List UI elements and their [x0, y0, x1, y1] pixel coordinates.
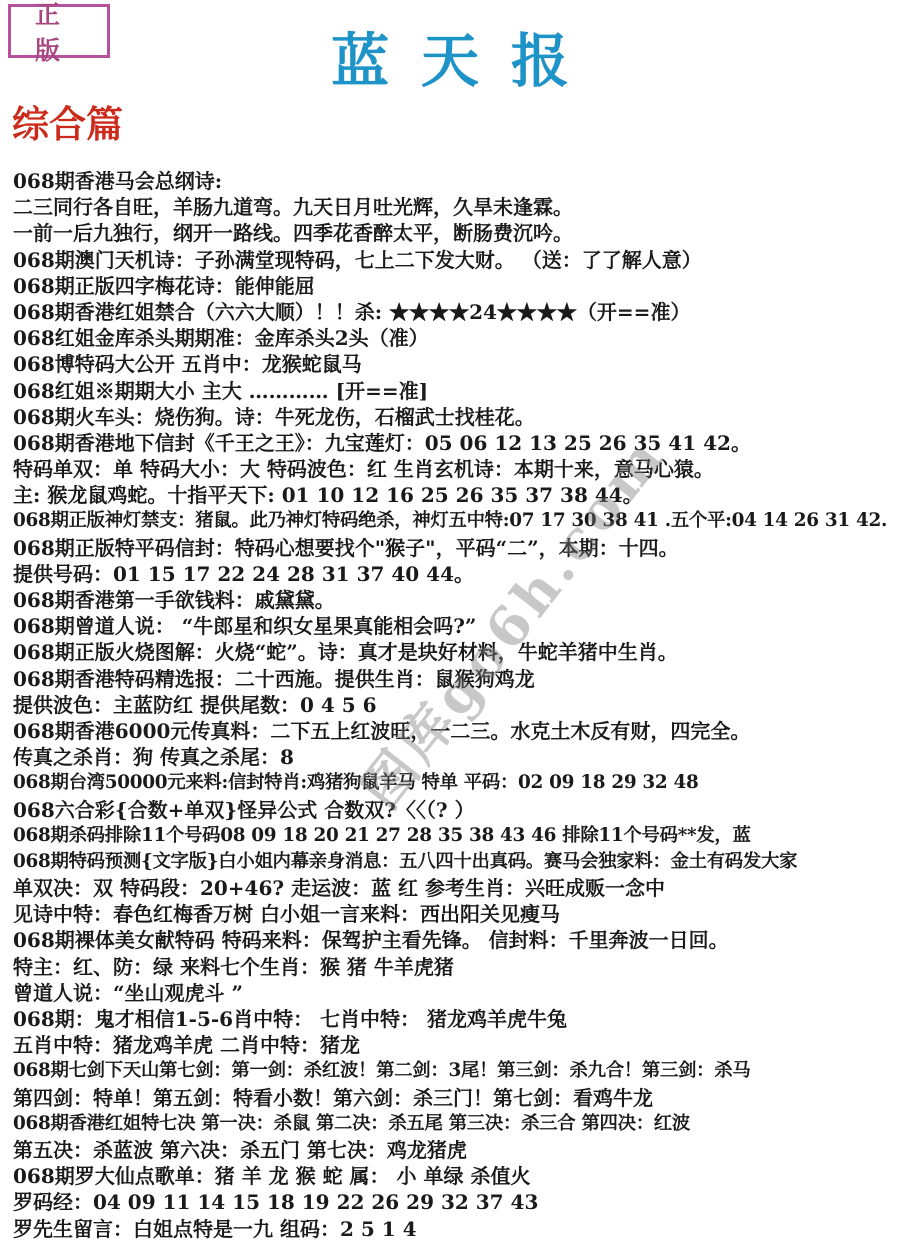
text-line: 见诗中特：春色红梅香万树 白小姐一言来料：西出阳关见瘦马 [13, 901, 897, 927]
text-line: 特码单双：单 特码大小：大 特码波色：红 生肖玄机诗：本期十来，意马心猿。 [13, 456, 897, 482]
text-line: 068期香港地下信封《千王之王》：九宝莲灯：05 06 12 13 25 26 … [13, 430, 897, 456]
text-line: 068期：鬼才相信1-5-6肖中特： 七肖中特： 猪龙鸡羊虎牛兔 [13, 1006, 897, 1032]
text-line: 068期正版特平码信封：特码心想要找个"猴子"，平码“二”，本期：十四。 [13, 535, 897, 561]
text-line: 068博特码大公开 五肖中：龙猴蛇鼠马 [13, 351, 897, 377]
text-line: 068六合彩{合数+单双}怪异公式 合数双?〈〈（? ） [13, 797, 897, 823]
text-line: 068期正版四字梅花诗：能伸能屈 [13, 273, 897, 299]
text-line: 068期香港马会总纲诗: [13, 168, 897, 194]
text-line: 068期香港红姐禁合（六六大顺）！！杀: ★★★★24★★★★（开==准） [13, 299, 897, 325]
page-title: 蓝天报 [0, 14, 900, 98]
text-line: 068红姐金库杀头期期准：金库杀头2头（准） [13, 325, 897, 351]
text-line: 传真之杀肖：狗 传真之杀尾：8 [13, 744, 897, 770]
section-heading: 综合篇 [12, 94, 123, 148]
text-line: 068期裸体美女献特码 特码来料：保驾护主看先锋。 信封料：千里奔波一日回。 [13, 927, 897, 953]
text-line: 一前一后九独行，纲开一路线。四季花香醉太平，断肠费沉吟。 [13, 220, 897, 246]
text-line: 单双决：双 特码段：20+46? 走运波：蓝 红 参考生肖：兴旺成贩一念中 [13, 875, 897, 901]
text-line: 068期台湾50000元来料:信封特肖:鸡猪狗鼠羊马 特单 平码：02 09 1… [13, 770, 897, 796]
text-line: 068期澳门天机诗：子孙满堂现特码，七上二下发大财。 （送：了了解人意） [13, 247, 897, 273]
page-container: { "badge": { "label": "正版", "border_colo… [0, 0, 900, 1243]
text-line: 068期七剑下天山第七剑：第一剑：杀红波！第二剑：3尾！第三剑：杀九合！第三剑：… [13, 1058, 897, 1084]
content-lines: 068期香港马会总纲诗:二三同行各自旺，羊肠九道弯。九天日月吐光辉，久旱未逢霖。… [13, 168, 897, 1242]
text-line: 罗码经：04 09 11 14 15 18 19 22 26 29 32 37 … [13, 1189, 897, 1215]
text-line: 曾道人说：“坐山观虎斗 ” [13, 980, 897, 1006]
text-line: 068期香港第一手欲钱料：戚黛黛。 [13, 587, 897, 613]
text-line: 主: 猴龙鼠鸡蛇。十指平天下: 01 10 12 16 25 26 35 37 … [13, 482, 897, 508]
text-line: 068期正版火烧图解：火烧“蛇”。诗：真才是块好材料，牛蛇羊猪中生肖。 [13, 639, 897, 665]
text-line: 068期正版神灯禁支：猪鼠。此乃神灯特码绝杀，神灯五中特:07 17 30 38… [13, 508, 897, 534]
text-line: 068期曾道人说： “牛郎星和织女星果真能相会吗?” [13, 613, 897, 639]
text-line: 五肖中特：猪龙鸡羊虎 二肖中特：猪龙 [13, 1032, 897, 1058]
text-line: 068红姐※期期大小 主大 ………… [开==准] [13, 378, 897, 404]
text-line: 罗先生留言：白姐点特是一九 组码：2 5 1 4 [13, 1216, 897, 1242]
text-line: 提供号码：01 15 17 22 24 28 31 37 40 44。 [13, 561, 897, 587]
text-line: 068期香港红姐特七决 第一决：杀鼠 第二决：杀五尾 第三决：杀三合 第四决：红… [13, 1111, 897, 1137]
text-line: 二三同行各自旺，羊肠九道弯。九天日月吐光辉，久旱未逢霖。 [13, 194, 897, 220]
text-line: 第四剑：特单！第五剑：特看小数！第六剑：杀三门！第七剑：看鸡牛龙 [13, 1085, 897, 1111]
text-line: 068期特码预测{文字版}白小姐内幕亲身消息：五八四十出真码。赛马会独家料：金土… [13, 849, 897, 875]
text-line: 068期香港6000元传真料：二下五上红波旺，一二三。水克土木反有财，四完全。 [13, 718, 897, 744]
text-line: 068期火车头：烧伤狗。诗：牛死龙伤，石榴武士找桂花。 [13, 404, 897, 430]
text-line: 特主：红、防：绿 来料七个生肖：猴 猪 牛羊虎猪 [13, 954, 897, 980]
text-line: 第五决：杀蓝波 第六决：杀五门 第七决：鸡龙猪虎 [13, 1137, 897, 1163]
text-line: 068期香港特码精选报：二十西施。提供生肖：鼠猴狗鸡龙 [13, 666, 897, 692]
text-line: 提供波色：主蓝防红 提供尾数：0 4 5 6 [13, 692, 897, 718]
text-line: 068期杀码排除11个号码08 09 18 20 21 27 28 35 38 … [13, 823, 897, 849]
text-line: 068期罗大仙点歌单：猪 羊 龙 猴 蛇 属： 小 单绿 杀值火 [13, 1163, 897, 1189]
